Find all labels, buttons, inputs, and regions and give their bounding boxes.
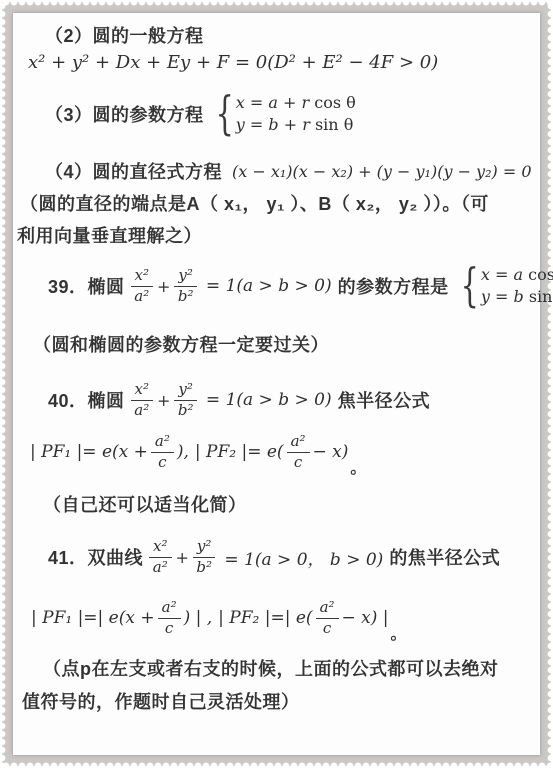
frac-num: x² [131, 267, 153, 286]
frac-y2-b2: y² b² [193, 538, 216, 576]
item-39-prefix: 39．椭圆 [48, 273, 125, 299]
item-40-row: 40．椭圆 x² a² + y² b² = 1(a > b > 0) 焦半径公式 [48, 372, 430, 428]
item-41-focal-radius-row: | PF₁ |=| e(x + a² c ) | , | PF₂ |=| e( … [31, 592, 407, 644]
item-41-prefix: 41．双曲线 [48, 544, 143, 570]
math-notes-photo: { "colors": { "frame_gray": "#cbc8c6", "… [0, 0, 553, 768]
section-4-note-line1: （圆的直径的端点是A（ x₁， y₁ ）、B（ x₂， y₂ ））。（可 [20, 190, 489, 216]
frac-num: a² [151, 433, 174, 452]
circle-param-x-fn: cos θ [314, 93, 356, 112]
frac-num: y² [193, 538, 216, 557]
pf2-term-abs: | PF₂ |=| e( [218, 608, 312, 628]
frac-den: b² [178, 287, 194, 305]
frac-den: b² [178, 401, 194, 419]
frac-num: a² [158, 599, 181, 618]
pf2-close-abs: − x) | [342, 608, 389, 628]
circle-general-equation: x² + y² + Dx + Ey + F = 0(D² + E² − 4F >… [28, 52, 438, 73]
item-40-condition: = 1(a > b > 0) [206, 390, 332, 410]
ellipse-param-x-pre: x = a [481, 265, 528, 284]
item-40-note: （自己还可以适当化简） [43, 491, 247, 517]
pf1-close-abs: ) | , [184, 608, 213, 628]
section-2-row: （2）圆的一般方程 [45, 22, 204, 48]
frac-den: c [158, 453, 166, 471]
frac-y2-b2: y² b² [174, 381, 197, 419]
frac-den: a² [134, 401, 149, 419]
item-41-condition: = 1(a > 0， b > 0) [224, 545, 383, 570]
circle-diameter-equation: (x − x₁)(x − x₂) + (y − y₁)(y − y₂) = 0 [232, 162, 532, 181]
ellipse-param-x-fn: cos θ [528, 265, 553, 284]
frac-num: a² [287, 433, 310, 452]
pf1-term-abs: | PF₁ |=| e(x + [31, 608, 155, 628]
pf2-term: | PF₂ |= e( [195, 442, 284, 462]
item-39-note: （圆和椭圆的参数方程一定要过关） [33, 331, 329, 357]
circle-param-x-line: x = a + r cos θ [236, 93, 356, 112]
frac-x2-a2: x² a² [131, 381, 153, 419]
perforation-left [2, 2, 7, 766]
frac-a2-c: a² c [158, 599, 181, 637]
frac-num: a² [316, 599, 339, 618]
item-41-row: 41．双曲线 x² a² + y² b² = 1(a > 0， b > 0) 的… [48, 528, 500, 586]
item-41-period: 。 [391, 621, 408, 644]
ellipse-param-y-fn: sin θ [529, 287, 553, 306]
notes-page: （2）圆的一般方程 x² + y² + Dx + Ey + F = 0(D² +… [13, 13, 540, 755]
section-4-heading: （4）圆的直径式方程 [45, 158, 222, 184]
section-4-note-line2: 利用向量垂直理解之） [17, 222, 202, 248]
item-39-row: 39．椭圆 x² a² + y² b² = 1(a > b > 0) 的参数方程… [48, 258, 553, 314]
frac-den: c [294, 453, 302, 471]
item-40-suffix: 焦半径公式 [338, 387, 431, 413]
plus-sign: + [176, 548, 189, 567]
frac-den: b² [196, 558, 212, 576]
item-41-suffix: 的焦半径公式 [389, 544, 500, 570]
circle-parametric-system: { x = a + r cos θ y = b + r sin θ [210, 93, 356, 134]
section-3-heading: （3）圆的参数方程 [45, 101, 204, 127]
frac-a2-c: a² c [287, 433, 310, 471]
frac-num: x² [149, 538, 171, 557]
ellipse-param-y-line: y = b sin θ [481, 287, 553, 306]
frac-y2-b2: y² b² [174, 267, 197, 305]
circle-param-x-pre: x = a + r [236, 93, 314, 112]
left-brace-glyph: { [460, 265, 478, 306]
frac-x2-a2: x² a² [149, 538, 171, 576]
item-39-mid-text: 的参数方程是 [338, 273, 449, 299]
section-2-heading: （2）圆的一般方程 [45, 22, 204, 48]
circle-param-y-pre: y = b + r [236, 115, 315, 134]
footer-note-line2-row: 值符号的，作题时自己灵活处理） [22, 688, 300, 714]
frac-num: y² [174, 267, 197, 286]
ellipse-parametric-system: { x = a cos θ y = b sin θ [455, 265, 553, 306]
frac-a2-c: a² c [151, 433, 174, 471]
section-4-note-line1-row: （圆的直径的端点是A（ x₁， y₁ ）、B（ x₂， y₂ ））。（可 [20, 190, 489, 216]
pf2-close: − x) [313, 442, 349, 462]
footer-note-line1: （点p在左支或者右支的时候，上面的公式都可以去绝对 [43, 655, 499, 681]
footer-note-line1-row: （点p在左支或者右支的时候，上面的公式都可以去绝对 [43, 655, 499, 681]
section-3-row: （3）圆的参数方程 { x = a + r cos θ y = b + r si… [45, 87, 356, 141]
circle-param-y-line: y = b + r sin θ [236, 115, 356, 134]
item-40-period: 。 [350, 455, 367, 478]
item-40-prefix: 40．椭圆 [48, 387, 125, 413]
section-4-note-line2-row: 利用向量垂直理解之） [17, 222, 202, 248]
circle-general-equation-row: x² + y² + Dx + Ey + F = 0(D² + E² − 4F >… [28, 52, 438, 73]
perforation-top [2, 2, 551, 7]
pf1-term: | PF₁ |= e(x + [30, 442, 148, 462]
footer-note-line2: 值符号的，作题时自己灵活处理） [22, 688, 300, 714]
pf1-close: ), [177, 442, 189, 462]
plus-sign: + [157, 391, 170, 410]
item-39-condition: = 1(a > b > 0) [206, 276, 332, 296]
frac-den: c [323, 619, 331, 637]
frac-num: x² [131, 381, 153, 400]
perforation-bottom [2, 761, 551, 766]
ellipse-param-x-line: x = a cos θ [481, 265, 553, 284]
item-40-focal-radius-row: | PF₁ |= e(x + a² c ), | PF₂ |= e( a² c … [30, 426, 367, 478]
item-39-note-row: （圆和椭圆的参数方程一定要过关） [33, 331, 329, 357]
frac-num: y² [174, 381, 197, 400]
plus-sign: + [157, 277, 170, 296]
circle-param-y-fn: sin θ [315, 115, 353, 134]
frac-den: a² [134, 287, 149, 305]
frac-x2-a2: x² a² [131, 267, 153, 305]
frac-den: a² [153, 558, 168, 576]
frac-den: c [165, 619, 173, 637]
left-brace-glyph: { [215, 93, 233, 134]
item-40-note-row: （自己还可以适当化简） [43, 491, 247, 517]
frac-a2-c: a² c [316, 599, 339, 637]
section-4-row: （4）圆的直径式方程 (x − x₁)(x − x₂) + (y − y₁)(y… [45, 158, 532, 184]
ellipse-param-y-pre: y = b [481, 287, 529, 306]
perforation-right [546, 2, 551, 766]
